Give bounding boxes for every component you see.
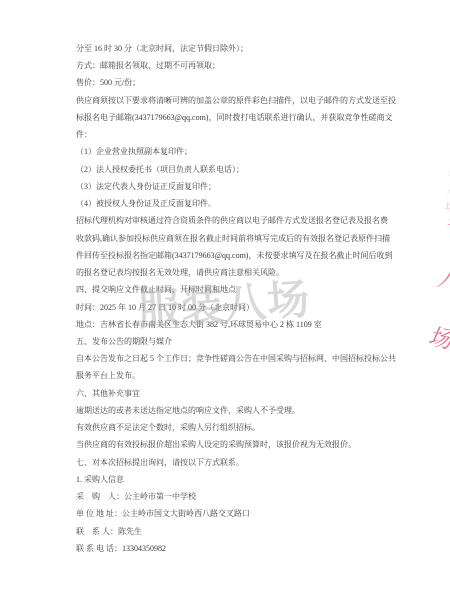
document-line: 售价：500 元/份； <box>76 74 396 91</box>
contact-person-line: 联 系 人：陈先生 <box>76 523 396 540</box>
document-line: （2）法人授权委托书（项目负责人联系电话）； <box>76 161 396 178</box>
document-line: 件回传至投标报名指定邮箱(3437179663@qq.com)，未按要求填写及在… <box>76 247 396 264</box>
document-line: 标报名电子邮箱(3437179663@qq.com)，同时拨打电话联系进行确认，… <box>76 109 396 126</box>
contact-phone-line: 联 系 电 话：13304350982 <box>76 540 396 557</box>
document-line: 件： <box>76 126 396 143</box>
document-section-heading: 七、对本次招标提出询问，请按以下方式联系。 <box>76 454 396 471</box>
document-body: 分至 16 时 30 分（北京时间，法定节假日除外）； 方式：邮箱报名领取，过期… <box>76 40 396 557</box>
document-line: 1. 采购人信息 <box>76 471 396 488</box>
document-line: 收款码,确认参加投标供应商须在报名截止时间前将填写完成后的有效报名登记表原件扫描 <box>76 230 396 247</box>
watermark-right-edge-faint: 服装八场 <box>440 149 450 218</box>
document-line: 逾期送达的或者未送达指定地点的响应文件，采购人不予受理。 <box>76 402 396 419</box>
document-line: 供应商须按以下要求将清晰可辨的加盖公章的原件彩色扫描件，以电子邮件的方式发送至投 <box>76 92 396 109</box>
document-line: 时间：2025 年 10 月 27 日 10 时 00 分（北京时间） <box>76 299 396 316</box>
document-line: （4）被授权人身份证及正反面复印件。 <box>76 195 396 212</box>
document-section-heading: 四、提交响应文件截止时间、开标时间和地点 <box>76 281 396 298</box>
document-line: 地点：吉林省长春市南关区生态大街 382 号,环球贸易中心 2 栋 1109 室 <box>76 316 396 333</box>
document-line: 有效供应商不足法定个数时，采购人另行组织招标。 <box>76 419 396 436</box>
document-line: （1）企业营业执照副本复印件； <box>76 143 396 160</box>
purchaser-name-line: 采 购 人：公主岭市第一中学校 <box>76 488 396 505</box>
document-section-heading: 六、其他补充事宜 <box>76 385 396 402</box>
document-line: 当供应商的有效投标报价超出采购人设定的采购预算时，该报价视为无效报价。 <box>76 436 396 453</box>
document-section-heading: 五、发布公告的期限与媒介 <box>76 333 396 350</box>
document-line: 分至 16 时 30 分（北京时间，法定节假日除外）； <box>76 40 396 57</box>
document-line: 方式：邮箱报名领取，过期不可再领取； <box>76 57 396 74</box>
document-line: 自本公告发布之日起 5 个工作日；竞争性磋商公告在中国采购与招标网、中国招标投标… <box>76 350 396 367</box>
document-line: 招标代理机构对审核通过符合资质条件的供应商以电子邮件方式发送报名登记表及报名费 <box>76 212 396 229</box>
watermark-right-edge: 服装八场 <box>413 145 450 388</box>
scanned-document-page: 分至 16 时 30 分（北京时间，法定节假日除外）； 方式：邮箱报名领取，过期… <box>0 0 450 600</box>
document-line: （3）法定代表人身份证正反面复印件； <box>76 178 396 195</box>
purchaser-address-line: 单 位 地 址：公主岭市国文大街岭西八路交叉路口 <box>76 505 396 522</box>
document-line: 服务平台上发布。 <box>76 367 396 384</box>
document-line: 的报名登记表均按报名无效处理，请供应商注意相关风险。 <box>76 264 396 281</box>
